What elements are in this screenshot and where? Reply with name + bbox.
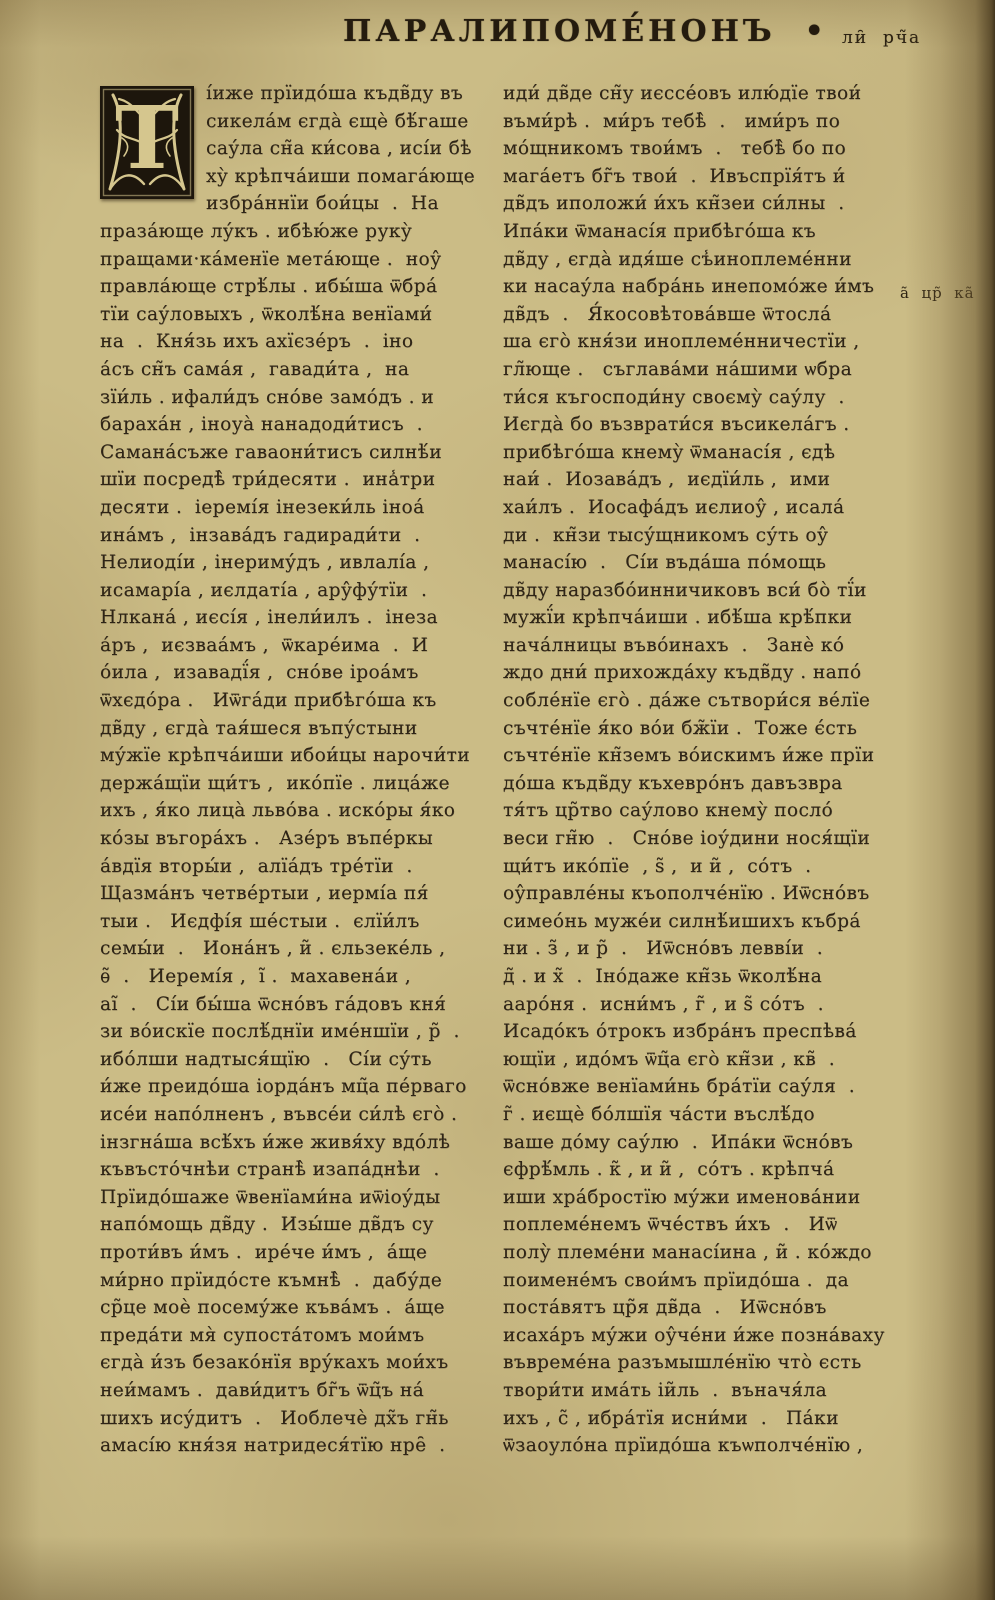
text-line: дв̃ду , єгда̀ идя́ше съ̾иноплеме́нни (503, 246, 907, 274)
text-line: інзгна́ша всѣ́хъ и́же живя́ху вдо́лѣ (100, 1129, 496, 1157)
text-line: съчте́нїе кн̃земъ во́искимъ и́же прїи (503, 742, 907, 770)
text-line: і́иже прїидо́ша къдв̃ду въ (206, 80, 496, 108)
book-page: ПАРАЛИПОМЕ́НОНЪ • ли̑ рч̃а а̃ цр̃ ка̃ (0, 0, 995, 1600)
text-line: ваше до́му сау́лю . Ипа́ки ѿсно́въ (503, 1129, 907, 1157)
text-line: а́вдїя вторы́и , алїа́дъ тре́тїи . (100, 853, 496, 881)
text-line: ѿсно́вже венїами́нь бра́тїи сау́ля . (503, 1073, 907, 1101)
text-column-left: Т і́иже прїидо́ша къдв̃ду въсикела́м єгд… (100, 80, 496, 1460)
text-line: а́ръ , иєзваа́мъ , ѿкаре́има . И (100, 632, 496, 660)
text-line: ди . кн̃зи тысу́щникомъ су́ть оу̂ (503, 522, 907, 550)
text-line: сау́ла сн̃а ки́сова , исі́и бѣ (206, 135, 496, 163)
text-line: семы́и . Иона́нъ , и̃ . єльзеке́ль , (100, 935, 496, 963)
text-line: въми́рѣ . ми́ръ тебѣ̀ . ими́ръ по (503, 108, 907, 136)
text-line: съчте́нїе я́ко во́и бж̃їи . Тоже є́сть (503, 715, 907, 743)
text-line: пращами·ка́менїе мета́юще . ноу̂ (100, 246, 496, 274)
text-line: ихъ , я́ко лица̀ льво́ва . иско́ры я́ко (100, 797, 496, 825)
text-line: наи́ . Иозава́дъ , иєдїи́ль , ими (503, 466, 907, 494)
folio-number: ли̑ рч̃а (842, 28, 921, 48)
text-line: дв̃дъ . Я́косовѣтова́вше ѿтосла́ (503, 301, 907, 329)
text-line: Нлкана́ , иєсі́я , інели́илъ . інеза (100, 604, 496, 632)
text-line: тїи сау́ловыхъ , ѿколѣ́на венїами́ (100, 301, 496, 329)
text-column-right: иди́ дв̃де сн̃у иєссе́овъ илю́дїе твои́в… (503, 80, 907, 1460)
text-line: бараха́н , іноуа̀ нанадоди́тисъ . (100, 411, 496, 439)
text-line: на . Кня́зь ихъ ахїєзе́ръ . іно (100, 328, 496, 356)
text-line: ихъ , с̃ , ибра́тїя исни́ми . Па́ки (503, 1405, 907, 1433)
text-line: зїи́ль . ифали́дъ сно́ве замо́дъ . и (100, 384, 496, 412)
text-line: дв̃дъ иположи́ и́хъ кн̃зеи си́лны . (503, 190, 907, 218)
text-line: мага́етъ бг̃ъ твои́ . Ивъспрїя́тъ и́ (503, 163, 907, 191)
text-line: десяти . іеремі́я інезеки́ль іноа́ (100, 494, 496, 522)
text-line: ѿзаоуло́на прїидо́ша къѡполче́нїю , (503, 1432, 907, 1460)
text-line: єгда̀ и́зъ безако́нїя вру́кахъ мои́хъ (100, 1349, 496, 1377)
text-line: иши хра́бростїю му́жи именова́нии (503, 1184, 907, 1212)
text-line: мо́щникомъ твои́мъ . тебѣ̀ бо по (503, 135, 907, 163)
text-line: до́ша къдв̃ду къхевро́нъ давъзвра (503, 770, 907, 798)
text-line: исамарі́а , иєлдаті́а , ару̂фу́тїи . (100, 577, 496, 605)
text-line: ки насау́ла набра́нь инепомо́же и́мъ (503, 273, 907, 301)
text-line: проти́въ и́мъ . ире́че и́мъ , а́ще (100, 1239, 496, 1267)
text-line: преда́ти мя̀ супоста́томъ мои́мъ (100, 1322, 496, 1350)
text-line: и́же преидо́ша іорда́нъ мц̃а пе́рваго (100, 1073, 496, 1101)
text-line: ющїи , идо́мъ ѿц̃а єго̀ кн̃зи , кв̃ . (503, 1046, 907, 1074)
text-line: ѿхєдо́ра . Иѿга́ди прибѣго́ша къ (100, 687, 496, 715)
text-line: дв̃ду наразбо́инничиковъ вси́ бо̀ тї́и (503, 577, 907, 605)
text-line: симео́нь муже́и силнѣ́ишихъ къбра́ (503, 908, 907, 936)
text-line: ждо дни́ прихожда́ху къдв̃ду . напо́ (503, 659, 907, 687)
text-line: Щазма́нъ четве́ртыи , иермі́а пя́ (100, 880, 496, 908)
text-line: щи́тъ ико́пїе , ѕ̃ , и и̃ , со́тъ . (503, 853, 907, 881)
text-line: праза́юще лу́къ . ибѣю́же руку̀ (100, 218, 496, 246)
drop-cap-initial: Т (100, 86, 194, 199)
text-line: тыи . Иєдфі́я ше́стыи . єлїи́лъ (100, 908, 496, 936)
text-line: г̃ . иєщѐ бо́лшїя ча́сти въслѣ́до (503, 1101, 907, 1129)
text-line: манасі́ю . Сі́и въда́ша по́мощь (503, 549, 907, 577)
text-line: нача́лницы въво́инахъ . Занѐ ко́ (503, 632, 907, 660)
text-line: а́съ сн̃ъ сама́я , гавади́та , на (100, 356, 496, 384)
text-line: сикела́м єгда̀ єщѐ бѣ́гаше (206, 108, 496, 136)
text-line: ни . з̃ , и р̃ . Иѿсно́въ левві́и . (503, 935, 907, 963)
text-line: ѳ̃ . Иеремі́я , і̃ . махавена́и , (100, 963, 496, 991)
text-line: полу̀ племе́ни манасі́ина , и̃ . ко́ждо (503, 1239, 907, 1267)
text-line: зи во́искїе послѣ́днїи име́ншїи , р̃ . (100, 1018, 496, 1046)
running-title: ПАРАЛИПОМЕ́НОНЪ • (343, 14, 828, 49)
text-line: Прїидо́шаже ѿвенїами́на иѿіоу́ды (100, 1184, 496, 1212)
text-line: гл̃юще . съглава́ми на́шими ѡбра (503, 356, 907, 384)
text-line: ми́рно прїидо́сте къмнѣ̀ . дабу́де (100, 1267, 496, 1295)
text-line: Нелиоді́и , інериму́дъ , ивлалі́а , (100, 549, 496, 577)
text-line: Самана́съже гаваони́тисъ силнѣ́и (100, 439, 496, 467)
text-line: єфрѣ́мль . к̃ , и и̃ , со́тъ . крѣпча́ (503, 1156, 907, 1184)
text-line: къвъсто́чнѣи странѣ̀ изапа́днѣи . (100, 1156, 496, 1184)
text-line: хаи́лъ . Иосафа́дъ иєлиоу̂ , исала́ (503, 494, 907, 522)
text-line: Ипа́ки ѿманасі́я прибѣго́ша къ (503, 218, 907, 246)
text-line: иди́ дв̃де сн̃у иєссе́овъ илю́дїе твои́ (503, 80, 907, 108)
text-line: твори́ти има́ть іи̃ль . въначя́ла (503, 1377, 907, 1405)
text-line: ааро́ня . исни́мъ , г̃ , и ѕ̃ со́тъ . (503, 991, 907, 1019)
text-line: напо́мощь дв̃ду . Изы́ше дв̃дъ су (100, 1211, 496, 1239)
text-line: о́ила , изавадї́я , сно́ве іроа́мъ (100, 659, 496, 687)
text-line: дв̃ду , єгда̀ тая́шеся въпу́стыни (100, 715, 496, 743)
text-line: мужї́и крѣпча́иши . ибѣ́ша крѣ́пки (503, 604, 907, 632)
text-line: Иєгда̀ бо възврати́ся въсикела́гъ . (503, 411, 907, 439)
text-line: амасі́ю кня́зя натридеся́тїю нре̑ . (100, 1432, 496, 1460)
text-line: му́жїе крѣпча́иши ибои́цы нарочи́ти (100, 742, 496, 770)
text-line: Исадо́къ о́трокъ избра́нъ преспѣва́ (503, 1018, 907, 1046)
text-line: держа́щїи щи́тъ , ико́пїе . лица́же (100, 770, 496, 798)
text-line: неи́мамъ . дави́дитъ бг̃ъ ѿц̃ъ на́ (100, 1377, 496, 1405)
margin-reference-note: а̃ цр̃ ка̃ (900, 284, 975, 302)
text-line: д̃ . и х̃ . Іно́даже кн̃зь ѿколѣ́на (503, 963, 907, 991)
drop-cap-letter: Т (100, 82, 194, 195)
text-line: тя́тъ цр̃тво сау́лово кнему̀ посло́ (503, 797, 907, 825)
text-line: веси гн̃ю . Сно́ве іоу́дини нося́щїи (503, 825, 907, 853)
page-left-edge-shading (0, 0, 40, 1600)
text-line: поплеме́немъ ѿче́ствъ и́хъ . Иѿ (503, 1211, 907, 1239)
text-line: собле́нїе єго̀ . да́же сътвори́ся ве́лїе (503, 687, 907, 715)
text-line: аі̃ . Сі́и бы́ша ѿсно́въ га́довъ кня́ (100, 991, 496, 1019)
text-line: ша єго̀ кня́зи иноплеме́нничестїи , (503, 328, 907, 356)
text-line: исаха́ръ му́жи оу̂че́ни и́же позна́ваху (503, 1322, 907, 1350)
page-gutter-shadow (905, 0, 995, 1600)
text-line: ти́ся къгосподи́ну своєму̀ сау́лу . (503, 384, 907, 412)
text-line: шїи посредѣ̀ три́десяти . ина̾три (100, 466, 496, 494)
text-line: поста́вятъ цр̃я дв̃да . Иѿсно́въ (503, 1294, 907, 1322)
text-line: ина́мъ , інзава́дъ гадиради́ти . (100, 522, 496, 550)
text-line: прибѣго́ша кнему̀ ѿманасі́я , єдѣ (503, 439, 907, 467)
text-line: оу̂правле́ны къополче́нїю . Иѿсно́въ (503, 880, 907, 908)
text-line: ибо́лши надтыся́щїю . Сі́и су́ть (100, 1046, 496, 1074)
text-line: ср̃це моѐ посему́же къва́мъ . а́ще (100, 1294, 496, 1322)
text-line: избра́ннїи бои́цы . На (206, 190, 496, 218)
text-line: въвреме́на разъмышле́нїю что̀ єсть (503, 1349, 907, 1377)
text-line: исе́и напо́лненъ , въвсе́и си́лѣ єго̀ . (100, 1101, 496, 1129)
text-line: правла́юще стрѣ́лы . ибы́ша ѿбра́ (100, 273, 496, 301)
text-line: шихъ ису́дитъ . Иоблечѐ дх̃ъ гн̃ь (100, 1405, 496, 1433)
text-line: ко́зы въгора́хъ . Азе́ръ въпе́ркы (100, 825, 496, 853)
text-line: поимене́мъ свои́мъ прїидо́ша . да (503, 1267, 907, 1295)
text-line: ху̀ крѣпча́иши помага́юще (206, 163, 496, 191)
